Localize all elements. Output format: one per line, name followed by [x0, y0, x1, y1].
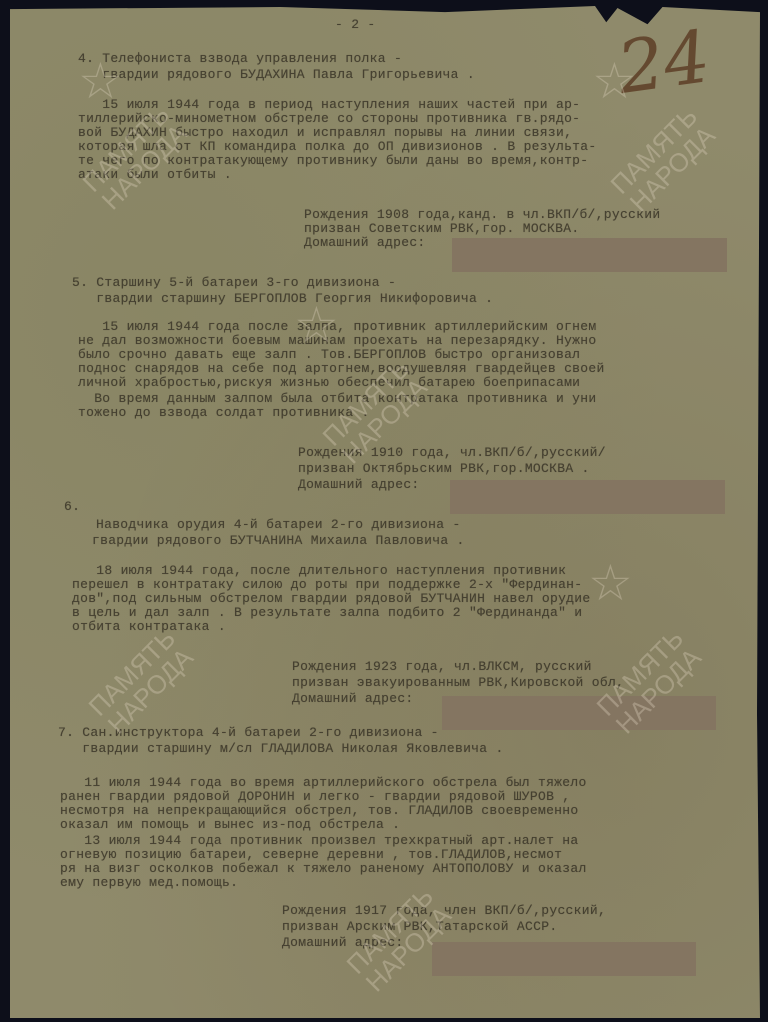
entry-header-line: гвардии рядового БУТЧАНИНА Михаила Павло… — [92, 534, 465, 548]
entry-body-line: перешел в контратаку силою до роты при п… — [72, 578, 582, 592]
watermark-star-icon: ☆ — [294, 296, 339, 354]
watermark-star-icon: ☆ — [78, 52, 123, 110]
entry-body-line: 13 июля 1944 года противник произвел тре… — [60, 834, 578, 848]
entry-body-line: ему первую мед.помощь. — [60, 876, 238, 890]
entry-body-line: ря на визг осколков побежал к тяжело ран… — [60, 862, 587, 876]
entry-body-line: поднос снарядов на себе под артогнем,воо… — [78, 362, 605, 376]
watermark-star-icon: ☆ — [592, 52, 637, 110]
entry-body-line: огневую позицию батареи, северне деревни… — [60, 848, 562, 862]
entry-body-line: оказал им помощь и вынес из-под обстрела… — [60, 818, 400, 832]
entry-bio-line: Домашний адрес: — [304, 236, 426, 250]
entry-body-line: 11 июля 1944 года во время артиллерийско… — [60, 776, 587, 790]
entry-bio-line: призван Советским РВК,гор. МОСКВА. — [304, 222, 579, 236]
entry-body-line: несмотря на непрекращающийся обстрел, то… — [60, 804, 578, 818]
entry-number: 6. — [64, 500, 80, 514]
entry-body-line: тожено до взвода солдат противника . — [78, 406, 370, 420]
page-number: - 2 - — [335, 18, 376, 32]
entry-header-line: 5. Старшину 5-й батареи 3-го дивизиона - — [72, 276, 396, 290]
entry-bio-line: Рождения 1923 года, чл.ВЛКСМ, русский — [292, 660, 592, 674]
entry-header-line: Наводчика орудия 4-й батареи 2-го дивизи… — [96, 518, 461, 532]
entry-body-line: 18 июля 1944 года, после длительного нас… — [72, 564, 566, 578]
entry-header-line: 4. Телефониста взвода управления полка - — [78, 52, 402, 66]
entry-bio-line: Рождения 1908 года,канд. в чл.ВКП/б/,рус… — [304, 208, 660, 222]
entry-body-line: Во время данным залпом была отбита контр… — [78, 392, 596, 406]
watermark-star-icon: ☆ — [588, 554, 633, 612]
entry-header-line: гвардии старшину м/сл ГЛАДИЛОВА Николая … — [58, 742, 504, 756]
entry-header-line: гвардии старшину БЕРГОПЛОВ Георгия Никиф… — [72, 292, 493, 306]
redacted-home-address — [452, 238, 727, 272]
entry-body-line: отбита контратака . — [72, 620, 226, 634]
entry-body-line: дов",под сильным обстрелом гвардии рядов… — [72, 592, 590, 606]
entry-body-line: личной храбростью,рискуя жизнью обеспечи… — [78, 376, 580, 390]
redacted-home-address — [432, 942, 696, 976]
entry-bio-line: Домашний адрес: — [292, 692, 414, 706]
redacted-home-address — [450, 480, 725, 514]
redacted-home-address — [442, 696, 716, 730]
entry-body-line: в цель и дал залп . В результате залпа п… — [72, 606, 582, 620]
entry-body-line: ранен гвардии рядовой ДОРОНИН и легко - … — [60, 790, 570, 804]
entry-bio-line: призван Октябрьским РВК,гор.МОСКВА . — [298, 462, 590, 476]
entry-bio-line: Домашний адрес: — [298, 478, 420, 492]
entry-bio-line: призван эвакуированным РВК,Кировской обл… — [292, 676, 624, 690]
entry-header-line: гвардии рядового БУДАХИНА Павла Григорье… — [78, 68, 475, 82]
